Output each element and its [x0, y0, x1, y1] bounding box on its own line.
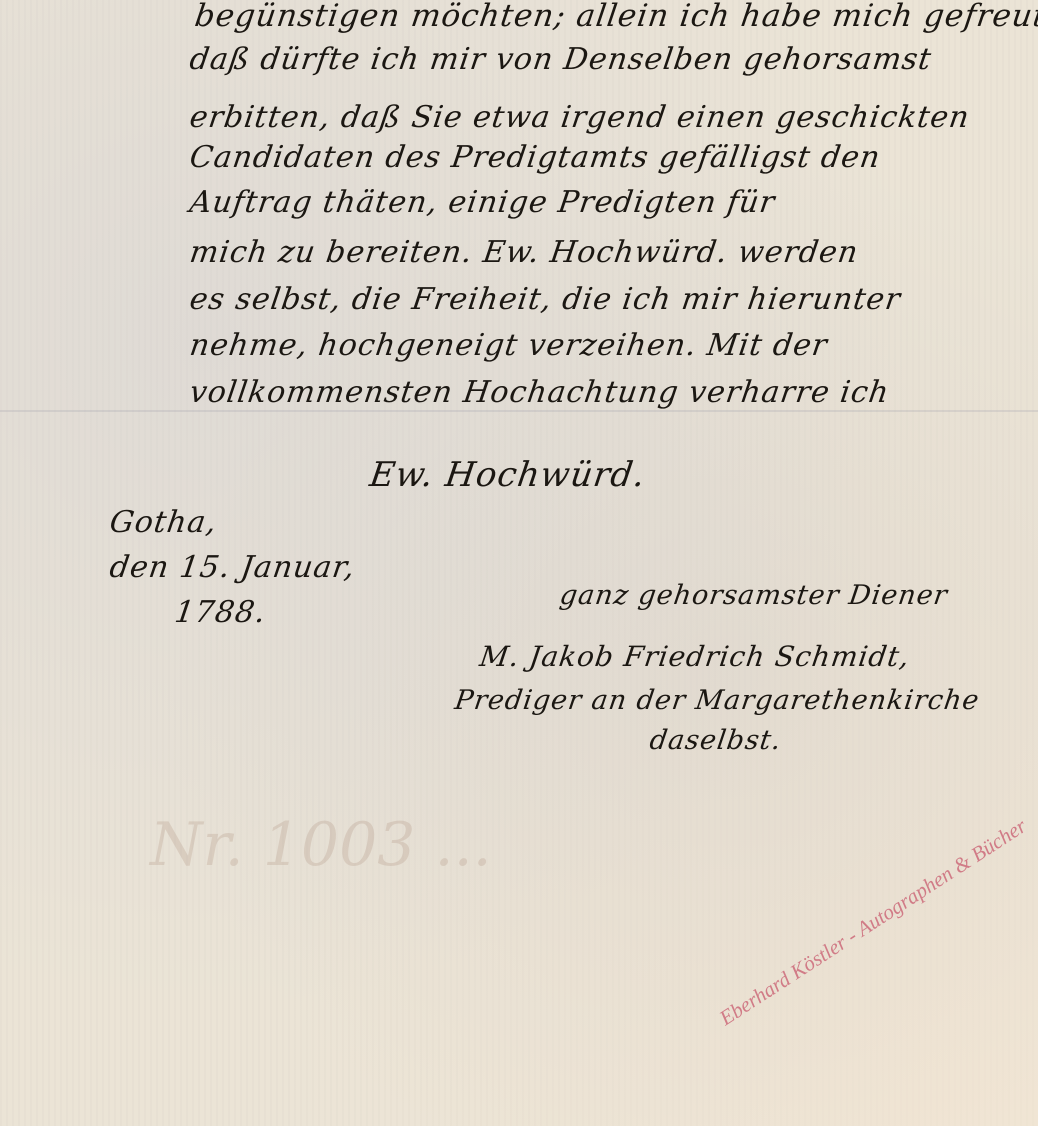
body-line-9: vollkommensten Hochachtung verharre ich — [188, 375, 892, 410]
salutation: Ew. Hochwürd. — [367, 455, 648, 495]
signature: M. Jakob Friedrich Schmidt, — [478, 640, 912, 673]
body-line-7: es selbst, die Freiheit, die ich mir hie… — [188, 282, 904, 317]
body-line-2: daß dürfte ich mir von Denselben gehorsa… — [188, 42, 934, 77]
paper-fold — [0, 410, 1038, 412]
body-line-1: begünstigen möchten; allein ich habe mic… — [192, 0, 1038, 34]
body-line-6: mich zu bereiten. Ew. Hochwürd. werden — [188, 235, 861, 270]
date-line: den 15. Januar, — [108, 550, 358, 585]
show-through-text: Nr. 1003 ... — [150, 810, 492, 880]
year: 1788. — [173, 595, 269, 630]
signer-title: Prediger an der Margarethenkirche — [453, 685, 982, 716]
body-line-8: nehme, hochgeneigt verzeihen. Mit der — [188, 328, 830, 363]
dealer-watermark: Eberhard Köstler - Autographen & Bücher — [715, 814, 1031, 1031]
signer-location: daselbst. — [648, 725, 784, 756]
body-line-3: erbitten, daß Sie etwa irgend einen gesc… — [188, 100, 973, 135]
body-line-5: Auftrag thäten, einige Predigten für — [188, 185, 778, 220]
body-line-4: Candidaten des Predigtamts gefälligst de… — [188, 140, 883, 175]
place: Gotha, — [108, 505, 220, 540]
closing-line: ganz gehorsamster Diener — [558, 580, 950, 611]
